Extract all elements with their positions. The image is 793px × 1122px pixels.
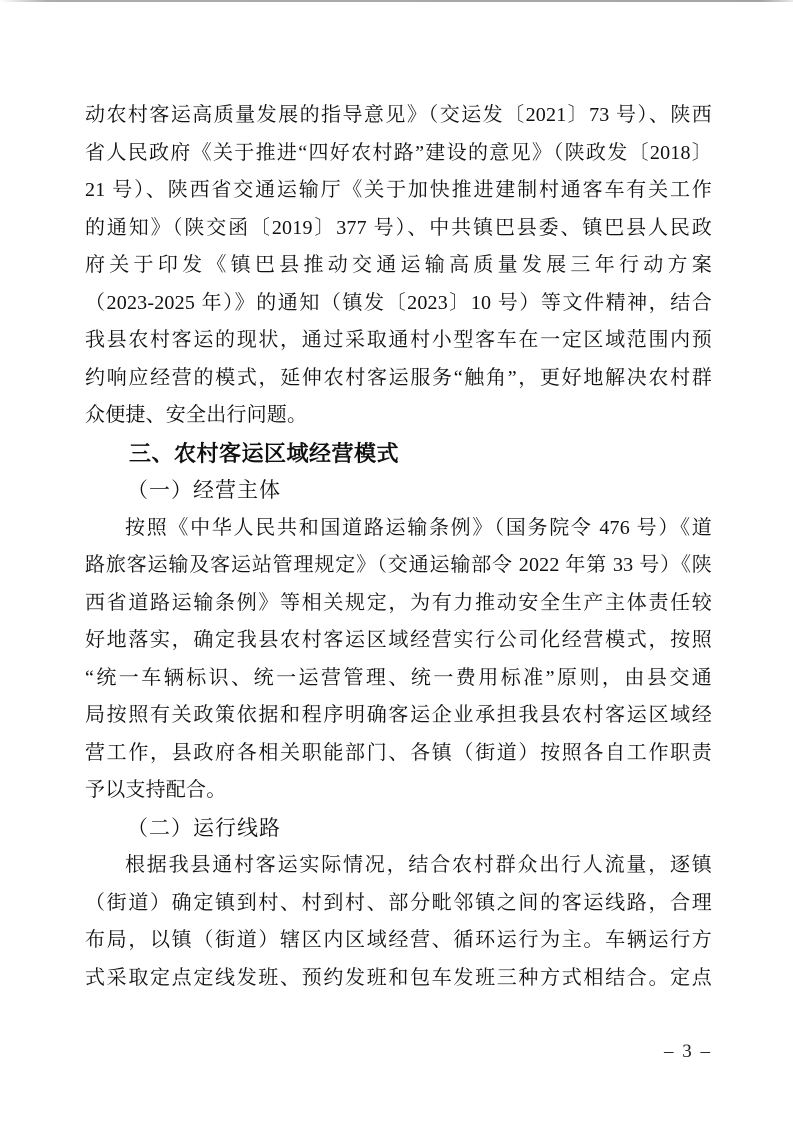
subsection-heading-2: （二）运行线路 — [85, 810, 712, 848]
paragraph-line: 局按照有关政策依据和程序明确客运企业承担我县农村客运区域经 — [85, 697, 712, 735]
subsection-heading-1: （一）经营主体 — [85, 472, 712, 510]
page-number: – 3 – — [648, 1040, 728, 1064]
paragraph-line: 府关于印发《镇巴县推动交通运输高质量发展三年行动方案 — [85, 247, 712, 285]
paragraph-line: 按照《中华人民共和国道路运输条例》（国务院令 476 号）《道 — [85, 510, 712, 548]
paragraph-line: 予以支持配合。 — [85, 772, 712, 810]
paragraph-line: 众便捷、安全出行问题。 — [85, 397, 712, 435]
paragraph-line: 式采取定点定线发班、预约发班和包车发班三种方式相结合。定点 — [85, 960, 712, 998]
paragraph-line: 布局，以镇（街道）辖区内区域经营、循环运行为主。车辆运行方 — [85, 922, 712, 960]
paragraph-line: 好地落实，确定我县农村客运区域经营实行公司化经营模式，按照 — [85, 622, 712, 660]
document-page: 动农村客运高质量发展的指导意见》（交运发〔2021〕73 号）、陕西 省人民政府… — [0, 0, 793, 1122]
section-heading: 三、农村客运区域经营模式 — [85, 435, 712, 473]
paragraph-line: 营工作，县政府各相关职能部门、各镇（街道）按照各自工作职责 — [85, 735, 712, 773]
paragraph-line: （2023-2025 年）》的通知（镇发〔2023〕10 号）等文件精神，结合 — [85, 285, 712, 323]
paragraph-line: 我县农村客运的现状，通过采取通村小型客车在一定区域范围内预 — [85, 322, 712, 360]
paragraph-line: 约响应经营的模式，延伸农村客运服务“触角”，更好地解决农村群 — [85, 360, 712, 398]
paragraph-line: 根据我县通村客运实际情况，结合农村群众出行人流量，逐镇 — [85, 847, 712, 885]
scan-artifact-top-edge — [0, 0, 793, 2]
paragraph-line: 路旅客运输及客运站管理规定》（交通运输部令 2022 年第 33 号）《陕 — [85, 547, 712, 585]
paragraph-line: （街道）确定镇到村、村到村、部分毗邻镇之间的客运线路，合理 — [85, 885, 712, 923]
paragraph-line: 的通知》（陕交函〔2019〕377 号）、中共镇巴县委、镇巴县人民政 — [85, 210, 712, 248]
paragraph-line: “统一车辆标识、统一运营管理、统一费用标准”原则，由县交通 — [85, 660, 712, 698]
document-body: 动农村客运高质量发展的指导意见》（交运发〔2021〕73 号）、陕西 省人民政府… — [85, 97, 712, 997]
paragraph-line: 21 号）、陕西省交通运输厅《关于加快推进建制村通客车有关工作 — [85, 172, 712, 210]
paragraph-line: 省人民政府《关于推进“四好农村路”建设的意见》（陕政发〔2018〕 — [85, 135, 712, 173]
paragraph-line: 西省道路运输条例》等相关规定，为有力推动安全生产主体责任较 — [85, 585, 712, 623]
paragraph-line: 动农村客运高质量发展的指导意见》（交运发〔2021〕73 号）、陕西 — [85, 97, 712, 135]
